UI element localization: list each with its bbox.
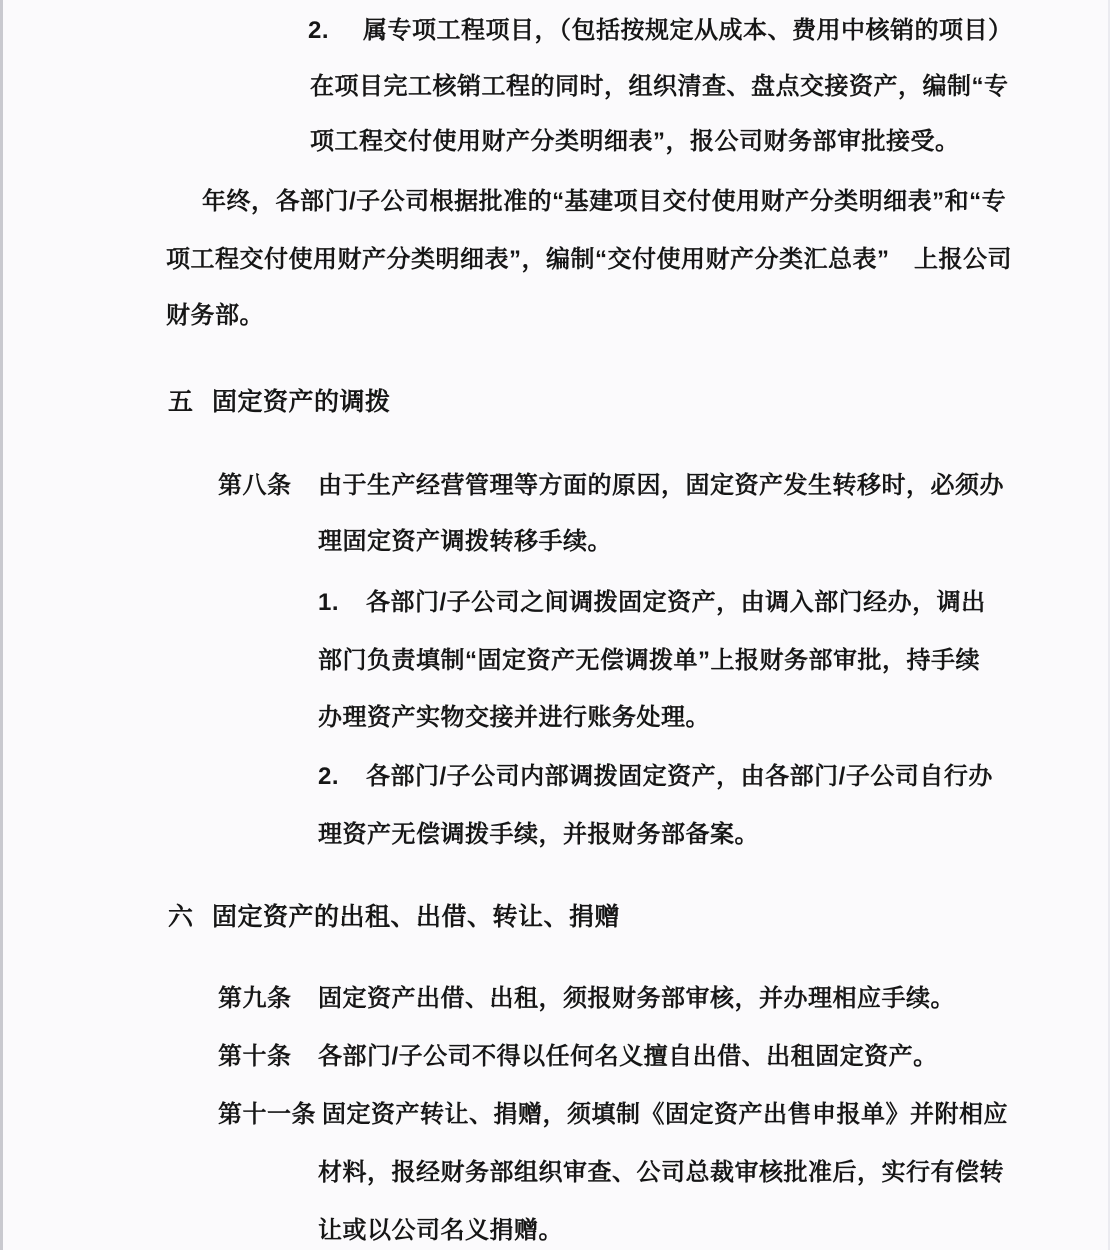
article-8-label: 第八条 [218,471,292,501]
article-9-label: 第九条 [218,984,292,1014]
article-11-line-2: 材料，报经财务部组织审查、公司总裁审核批准后，实行有偿转 [318,1158,1004,1188]
article-10-label: 第十条 [218,1042,292,1072]
item-2-line-1: 属专项工程项目，（包括按规定从成本、费用中核销的项目） [363,16,1013,46]
article-9-line-1: 固定资产出借、出租，须报财务部审核，并办理相应手续。 [318,984,955,1014]
item-2-line-3: 项工程交付使用财产分类明细表”，报公司财务部审批接受。 [310,127,960,157]
article-8-line-2: 理固定资产调拨转移手续。 [318,527,612,557]
section-6-number: 六 [168,902,194,932]
document-page: 2. 属专项工程项目，（包括按规定从成本、费用中核销的项目） 在项目完工核销工程… [0,0,1110,1250]
item-1-line-2: 部门负责填制“固定资产无偿调拨单”上报财务部审批，持手续 [318,646,980,676]
section-5-number: 五 [168,387,194,417]
yearend-paragraph-line-1: 年终，各部门/子公司根据批准的“基建项目交付使用财产分类明细表”和“专 [202,187,1006,217]
item-1-number: 1. [318,588,339,618]
section-5-title: 固定资产的调拨 [212,387,391,417]
item-1-line-1: 各部门/子公司之间调拨固定资产，由调入部门经办，调出 [366,588,986,618]
section-6-title: 固定资产的出租、出借、转让、捐赠 [212,902,620,932]
article-11-line-3: 让或以公司名义捐赠。 [318,1216,563,1246]
article-11-label: 第十一条 [218,1100,316,1130]
item-2b-number: 2. [318,762,339,792]
yearend-paragraph-line-3: 财务部。 [166,301,264,331]
item-1-line-3: 办理资产实物交接并进行账务处理。 [318,703,710,733]
article-10-line-1: 各部门/子公司不得以任何名义擅自出借、出租固定资产。 [318,1042,938,1072]
item-2-line-2: 在项目完工核销工程的同时，组织清查、盘点交接资产，编制“专 [310,72,1009,102]
yearend-paragraph-line-2: 项工程交付使用财产分类明细表”，编制“交付使用财产分类汇总表” 上报公司 [166,245,1012,275]
article-11-line-1: 固定资产转让、捐赠，须填制《固定资产出售申报单》并附相应 [322,1100,1008,1130]
article-8-line-1: 由于生产经营管理等方面的原因，固定资产发生转移时，必须办 [318,471,1004,501]
item-2b-line-2: 理资产无偿调拨手续，并报财务部备案。 [318,820,759,850]
item-2b-line-1: 各部门/子公司内部调拨固定资产，由各部门/子公司自行办 [366,762,993,792]
item-2-number: 2. [308,16,329,46]
page-left-edge [0,0,3,1250]
